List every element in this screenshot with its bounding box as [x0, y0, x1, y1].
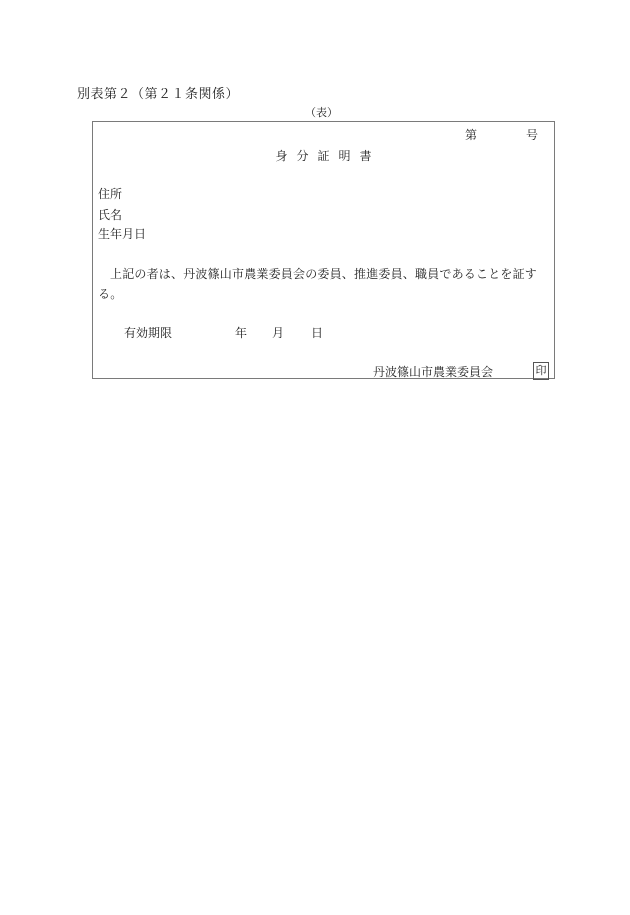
validity-day-unit: 日 [311, 324, 323, 341]
seal-stamp-box: 印 [533, 362, 549, 380]
appendix-heading: 別表第２（第２１条関係） [77, 83, 239, 102]
validity-label: 有効期限 [124, 324, 172, 341]
front-side-label: （表） [305, 104, 338, 120]
certificate-number-prefix: 第 [465, 126, 477, 143]
certificate-number-suffix: 号 [526, 126, 538, 143]
certification-statement: 上記の者は、丹波篠山市農業委員会の委員、推進委員、職員であることを証する。 [98, 264, 553, 304]
field-birthdate-label: 生年月日 [98, 225, 146, 242]
validity-year-unit: 年 [235, 324, 247, 341]
id-certificate-card: 第 号 身分証明書 住所 氏名 生年月日 上記の者は、丹波篠山市農業委員会の委員… [92, 121, 555, 379]
certificate-title: 身分証明書 [93, 147, 554, 164]
validity-month-unit: 月 [272, 324, 284, 341]
issuer-name: 丹波篠山市農業委員会 [373, 363, 493, 380]
field-address-label: 住所 [98, 185, 122, 202]
field-name-label: 氏名 [98, 206, 122, 223]
